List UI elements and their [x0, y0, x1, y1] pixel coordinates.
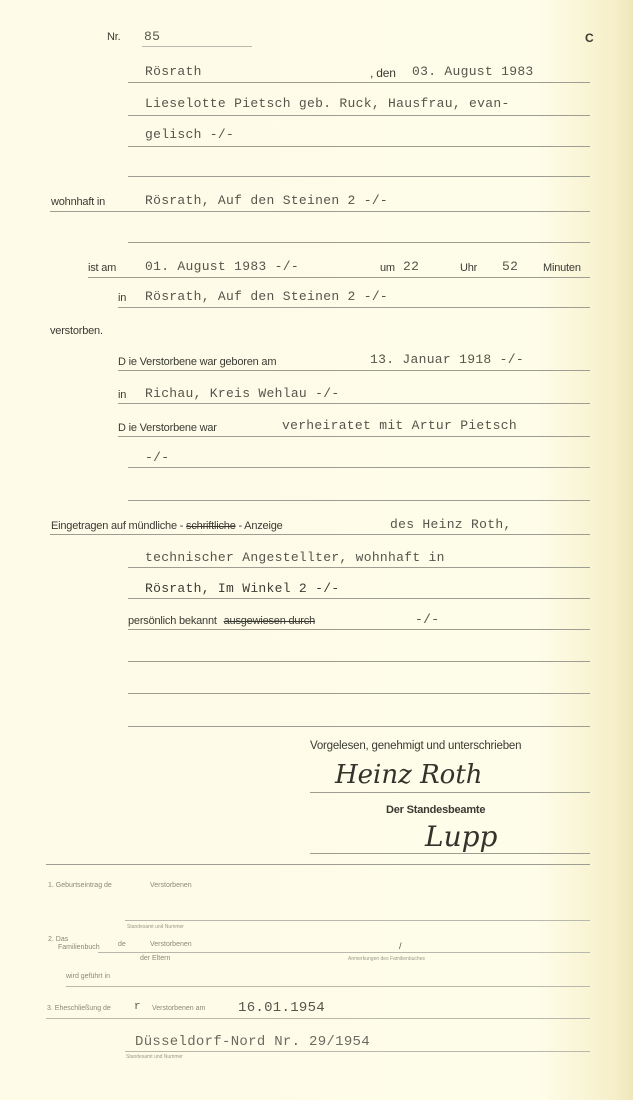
residence-value: Rösrath, Auf den Steinen 2 -/- [145, 193, 388, 208]
rule [66, 986, 590, 987]
form-code: C [585, 31, 593, 45]
identity-label: persönlich bekannt ausgewiesen durch [128, 615, 315, 627]
informant-line-1: des Heinz Roth, [390, 517, 512, 532]
birth-date: 13. Januar 1918 -/- [370, 352, 524, 367]
rule [128, 500, 590, 501]
deceased-line-2: gelisch -/- [145, 127, 234, 142]
footer-item-2-label-b: Familienbuch [58, 944, 100, 951]
residence-label: wohnhaft in [51, 196, 105, 208]
marital-value-line-1: verheiratet mit Artur Pietsch [282, 418, 517, 433]
death-hour: 22 [403, 259, 419, 274]
marriage-registry: Düsseldorf-Nord Nr. 29/1954 [135, 1034, 370, 1050]
rule [128, 467, 590, 468]
birth-place-label: in [118, 389, 126, 401]
footer-item-3-label: 3. Eheschließung de [47, 1005, 111, 1012]
rule [128, 693, 590, 694]
birth-place: Richau, Kreis Wehlau -/- [145, 386, 339, 401]
death-place-label: in [118, 292, 126, 304]
death-um-label: um [380, 262, 395, 274]
informant-signature: Heinz Roth [335, 760, 483, 790]
date-prefix: , den [370, 66, 396, 80]
nr-rule [142, 46, 252, 47]
informant-line-3: Rösrath, Im Winkel 2 -/- [145, 581, 339, 596]
rule [50, 211, 590, 212]
footer-item-3-r: r [134, 1001, 141, 1013]
death-uhr-label: Uhr [460, 262, 477, 274]
registry-place: Rösrath [145, 64, 202, 79]
footer-item-2-label-a: 2. Das [48, 936, 68, 943]
death-date-label: ist am [88, 262, 116, 274]
rule [118, 403, 590, 404]
footer-item-3-value-label: Verstorbenen am [152, 1005, 205, 1012]
informant-line-2: technischer Angestellter, wohnhaft in [145, 550, 445, 565]
footer-item-2-caption: Anmerkungen des Familienbuches [348, 956, 425, 962]
informant-label-prefix: Eingetragen auf mündliche - [51, 520, 183, 532]
rule [128, 146, 590, 147]
informant-label-suffix: - Anzeige [238, 520, 282, 532]
identity-struck: ausgewiesen durch [224, 615, 315, 627]
death-minuten-label: Minuten [543, 262, 581, 274]
footer-separator [46, 864, 590, 865]
registry-date: 03. August 1983 [412, 64, 534, 79]
footer-item-3-caption: Standesamt und Nummer [126, 1054, 183, 1060]
footer-item-2-de: de [118, 941, 126, 948]
rule [125, 920, 590, 921]
nr-label: Nr. [107, 31, 120, 43]
footer-item-2-wird: wird geführt in [66, 973, 110, 980]
marriage-date: 16.01.1954 [238, 1000, 325, 1016]
death-minutes: 52 [502, 259, 518, 274]
registrar-signature: Lupp [425, 820, 497, 853]
registrar-label: Der Standesbeamte [386, 804, 485, 816]
footer-item-2-value-a: Verstorbenen [150, 941, 192, 948]
rule [118, 307, 590, 308]
death-date: 01. August 1983 -/- [145, 259, 299, 274]
rule [50, 534, 590, 535]
rule [125, 1051, 590, 1052]
read-approved-label: Vorgelesen, genehmigt und unterschrieben [310, 740, 521, 752]
rule [128, 726, 590, 727]
death-place: Rösrath, Auf den Steinen 2 -/- [145, 289, 388, 304]
rule [88, 277, 590, 278]
footer-item-1-label: 1. Geburtseintrag de [48, 882, 112, 889]
nr-value: 85 [144, 29, 160, 44]
rule [128, 82, 590, 83]
rule [128, 661, 590, 662]
rule [310, 792, 590, 793]
identity-value: -/- [415, 612, 439, 627]
informant-label: Eingetragen auf mündliche - schriftliche… [51, 520, 283, 532]
footer-item-1-value: Verstorbenen [150, 882, 192, 889]
birth-label: D ie Verstorbene war geboren am [118, 356, 276, 368]
rule [118, 370, 590, 371]
informant-label-struck: schriftliche [186, 520, 236, 532]
marital-label: D ie Verstorbene war [118, 422, 217, 434]
rule [128, 176, 590, 177]
marital-value-line-2: -/- [145, 450, 169, 465]
rule [128, 242, 590, 243]
death-certificate-page: Nr. 85 C Rösrath , den 03. August 1983 L… [0, 0, 633, 1100]
rule [310, 853, 590, 854]
footer-item-2-value-b: der Eltern [140, 955, 170, 962]
rule [128, 598, 590, 599]
rule [98, 952, 590, 953]
deceased-line-1: Lieselotte Pietsch geb. Ruck, Hausfrau, … [145, 96, 510, 111]
rule [128, 115, 590, 116]
footer-item-1-caption: Standesamt und Nummer [127, 924, 184, 930]
rule [128, 567, 590, 568]
identity-known: persönlich bekannt [128, 615, 217, 627]
rule [46, 1018, 590, 1019]
rule [128, 629, 590, 630]
footer-item-2-slash: / [399, 941, 402, 951]
verstorben-label: verstorben. [50, 325, 103, 337]
rule [118, 436, 590, 437]
